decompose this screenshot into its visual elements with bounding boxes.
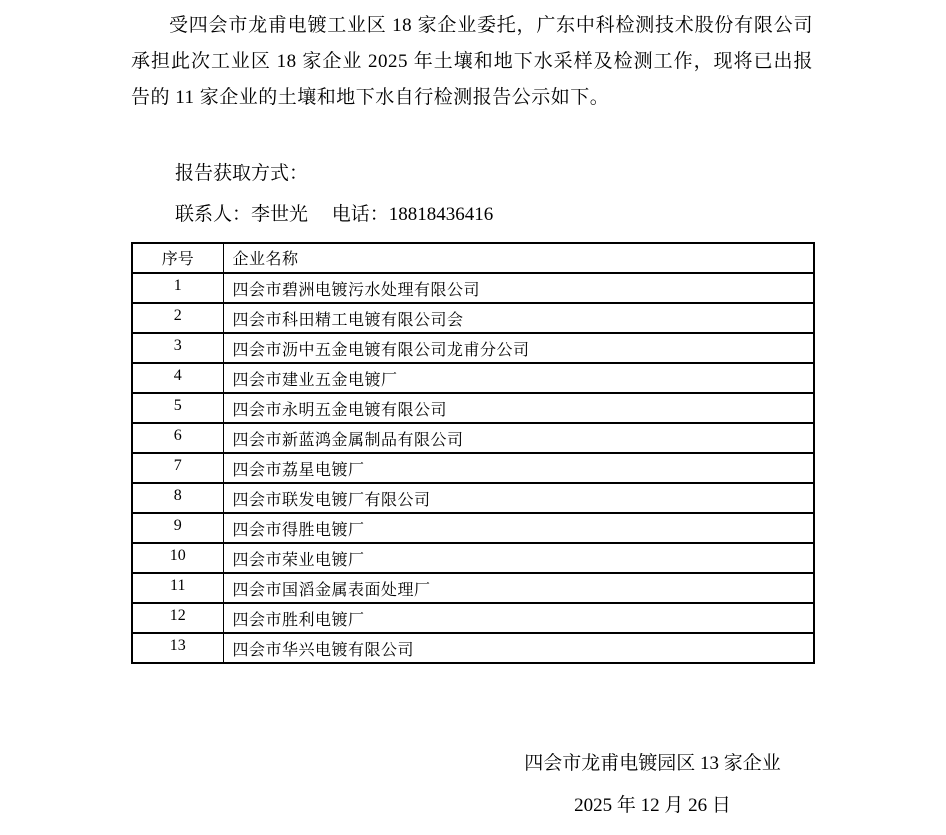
table-header-index: 序号 — [132, 243, 223, 273]
row-index-cell: 12 — [132, 603, 223, 633]
table-row: 5 四会市永明五金电镀有限公司 — [132, 393, 814, 423]
company-name-cell: 四会市碧洲电镀污水处理有限公司 — [223, 273, 814, 303]
company-name-cell: 四会市联发电镀厂有限公司 — [223, 483, 814, 513]
table-row: 8 四会市联发电镀厂有限公司 — [132, 483, 814, 513]
table-row: 11 四会市国滔金属表面处理厂 — [132, 573, 814, 603]
signature-line: 四会市龙甫电镀园区 13 家企业 — [420, 752, 885, 776]
row-index-cell: 9 — [132, 513, 223, 543]
company-name-cell: 四会市沥中五金电镀有限公司龙甫分公司 — [223, 333, 814, 363]
company-name-cell: 四会市建业五金电镀厂 — [223, 363, 814, 393]
table-row: 4 四会市建业五金电镀厂 — [132, 363, 814, 393]
company-name-cell: 四会市胜利电镀厂 — [223, 603, 814, 633]
table-row: 6 四会市新蓝鸿金属制品有限公司 — [132, 423, 814, 453]
company-table: 序号 企业名称 1 四会市碧洲电镀污水处理有限公司 2 四会市科田精工电镀有限公… — [131, 242, 815, 664]
report-method-label: 报告获取方式： — [131, 156, 813, 192]
table-row: 1 四会市碧洲电镀污水处理有限公司 — [132, 273, 814, 303]
table-header-row: 序号 企业名称 — [132, 243, 814, 273]
document-page: 受四会市龙甫电镀工业区 18 家企业委托，广东中科检测技术股份有限公司承担此次工… — [0, 0, 946, 835]
row-index-cell: 5 — [132, 393, 223, 423]
company-name-cell: 四会市荔星电镀厂 — [223, 453, 814, 483]
table-header-company-name: 企业名称 — [223, 243, 814, 273]
table-row: 3 四会市沥中五金电镀有限公司龙甫分公司 — [132, 333, 814, 363]
row-index-cell: 11 — [132, 573, 223, 603]
document-footer: 四会市龙甫电镀园区 13 家企业 2025 年 12 月 26 日 — [420, 752, 885, 818]
table-row: 12 四会市胜利电镀厂 — [132, 603, 814, 633]
row-index-cell: 2 — [132, 303, 223, 333]
table-row: 7 四会市荔星电镀厂 — [132, 453, 814, 483]
company-name-cell: 四会市得胜电镀厂 — [223, 513, 814, 543]
row-index-cell: 3 — [132, 333, 223, 363]
row-index-cell: 8 — [132, 483, 223, 513]
company-name-cell: 四会市新蓝鸿金属制品有限公司 — [223, 423, 814, 453]
table-row: 2 四会市科田精工电镀有限公司会 — [132, 303, 814, 333]
intro-paragraph: 受四会市龙甫电镀工业区 18 家企业委托，广东中科检测技术股份有限公司承担此次工… — [131, 8, 813, 116]
table-row: 10 四会市荣业电镀厂 — [132, 543, 814, 573]
date-line: 2025 年 12 月 26 日 — [420, 794, 885, 818]
contact-line: 联系人：李世光 电话：18818436416 — [131, 197, 813, 233]
table-row: 13 四会市华兴电镀有限公司 — [132, 633, 814, 663]
row-index-cell: 7 — [132, 453, 223, 483]
row-index-cell: 13 — [132, 633, 223, 663]
row-index-cell: 6 — [132, 423, 223, 453]
table-row: 9 四会市得胜电镀厂 — [132, 513, 814, 543]
company-table-body: 1 四会市碧洲电镀污水处理有限公司 2 四会市科田精工电镀有限公司会 3 四会市… — [132, 273, 814, 663]
row-index-cell: 10 — [132, 543, 223, 573]
company-name-cell: 四会市国滔金属表面处理厂 — [223, 573, 814, 603]
company-name-cell: 四会市华兴电镀有限公司 — [223, 633, 814, 663]
document-content: 受四会市龙甫电镀工业区 18 家企业委托，广东中科检测技术股份有限公司承担此次工… — [131, 8, 813, 664]
company-name-cell: 四会市永明五金电镀有限公司 — [223, 393, 814, 423]
row-index-cell: 1 — [132, 273, 223, 303]
row-index-cell: 4 — [132, 363, 223, 393]
company-name-cell: 四会市荣业电镀厂 — [223, 543, 814, 573]
company-name-cell: 四会市科田精工电镀有限公司会 — [223, 303, 814, 333]
